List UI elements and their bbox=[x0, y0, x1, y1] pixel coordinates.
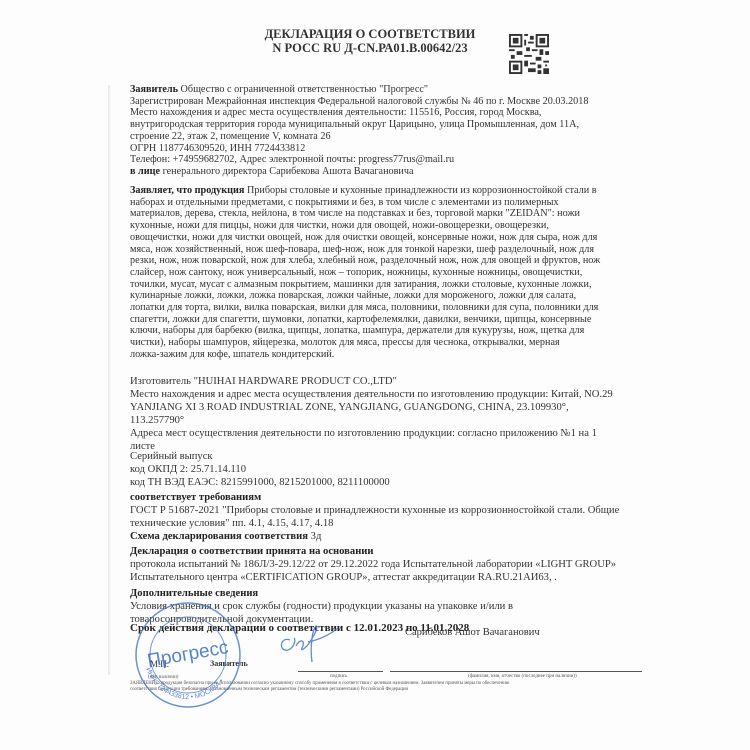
basis-center: Испытательного центра «CERTIFICATION GRO… bbox=[130, 571, 650, 584]
basis-label: Декларация о соответствии принята на осн… bbox=[130, 546, 374, 557]
applicant-registration: Зарегистрирован Межрайонная инспекция Фе… bbox=[130, 96, 650, 108]
applicant-address-1: Место нахождения и адрес места осуществл… bbox=[130, 107, 650, 119]
declares-line: кухонные, ножи для пиццы, ножи для чистк… bbox=[130, 220, 650, 232]
signature-caption: подпись bbox=[330, 674, 347, 679]
declares-line: овощечистки, ножи для чистки овощей, нож… bbox=[130, 232, 650, 244]
declares-line: материалов, дерева, стекла, нейлона, в т… bbox=[130, 208, 650, 220]
okpd-code: код ОКПД 2: 25.71.14.110 bbox=[130, 463, 650, 476]
declares-line: спагетти, ложки для спагетти, шумовки, л… bbox=[130, 314, 650, 326]
manufacturer-sites-1: Адреса мест осуществления деятельности п… bbox=[130, 427, 650, 440]
production-section: Серийный выпуск код ОКПД 2: 25.71.14.110… bbox=[130, 450, 650, 584]
applicant-name: Общество с ограниченной ответственностью… bbox=[181, 84, 429, 95]
declares-label: Заявляет, что продукция bbox=[130, 185, 247, 196]
applicant-contacts: Телефон: +74959682702, Адрес электронной… bbox=[130, 154, 650, 166]
applicant-ogrn-inn: ОГРН 1187746309520, ИНН 7724433812 bbox=[130, 143, 650, 155]
declares-line: слайсер, нож сантоку, нож универсальный,… bbox=[130, 267, 650, 279]
tnved-code: код ТН ВЭД ЕАЭС: 8215991000, 8215201000,… bbox=[130, 476, 650, 489]
declares-line: лопатки для торта, вилки, вилка поварска… bbox=[130, 302, 650, 314]
declaration-document: ДЕКЛАРАЦИЯ О СООТВЕТСТВИИ N РОСС RU Д-CN… bbox=[0, 0, 750, 750]
declares-line: наборах и отдельными предметами, с покры… bbox=[130, 197, 650, 209]
representative-label: в лице bbox=[130, 166, 160, 177]
declares-line: кулинарные ложки, ложки, ложка поварская… bbox=[130, 290, 650, 302]
declares-line: чистки), наборы шампуров, яйцерезка, мол… bbox=[130, 337, 650, 349]
scheme-label: Схема декларирования соответствия bbox=[130, 531, 308, 542]
scan-edge-shadow bbox=[108, 85, 111, 675]
requirements-standard-2: технические условия" пп. 4.1, 4.15, 4.17… bbox=[130, 517, 650, 530]
declares-line: резки, нож, нож поварской, нож для хлеба… bbox=[130, 255, 650, 267]
production-type: Серийный выпуск bbox=[130, 450, 650, 463]
company-stamp-icon: ИНН 7724433812 • МОСКВА • Прогресс bbox=[118, 600, 258, 710]
applicant-section: Заявитель Общество с ограниченной ответс… bbox=[130, 84, 650, 178]
svg-text:Прогресс: Прогресс bbox=[146, 637, 230, 672]
additional-label: Дополнительные сведения bbox=[130, 588, 258, 599]
name-line bbox=[390, 671, 642, 672]
declares-line: мяса, нож хозяйственный, нож шеф-повара,… bbox=[130, 244, 650, 256]
qr-code-icon bbox=[509, 33, 549, 75]
manufacturer-name: Изготовитель "HUIHAI HARDWARE PRODUCT CO… bbox=[130, 375, 650, 388]
applicant-address-2: внутригородская территория города муници… bbox=[130, 119, 650, 131]
signatory-name: Сарибеков Ашот Вачаганович bbox=[405, 627, 540, 638]
applicant-label: Заявитель bbox=[130, 84, 178, 95]
declares-line: точилки, мусат, мусат с алмазным покрыти… bbox=[130, 279, 650, 291]
manufacturer-address-1: Место нахождения и адрес места осуществл… bbox=[130, 388, 650, 401]
basis-protocol: протокола испытаний № 186Л/3-29.12/22 от… bbox=[130, 558, 650, 571]
declares-section: Заявляет, что продукция Приборы столовые… bbox=[130, 185, 650, 361]
scheme-value: 3д bbox=[311, 531, 322, 542]
requirements-standard-1: ГОСТ Р 51687-2021 "Приборы столовые и пр… bbox=[130, 504, 650, 517]
manufacturer-address-3: 113.257790° bbox=[130, 414, 650, 427]
requirements-label: соответствует требованиям bbox=[130, 492, 261, 503]
handwritten-signature bbox=[272, 618, 352, 668]
name-caption: (фамилия, имя, отчество (последнее при н… bbox=[468, 674, 577, 679]
declares-line: Заявляет, что продукция Приборы столовые… bbox=[130, 185, 650, 197]
manufacturer-address-2: YANJIANG XI 3 ROAD INDUSTRIAL ZONE, YANG… bbox=[130, 401, 650, 414]
signature-line bbox=[298, 671, 383, 672]
declares-line: ложка-зажим для кофе, шпатель кондитерск… bbox=[130, 349, 650, 361]
representative-name: генерального директора Сарибекова Ашота … bbox=[163, 166, 414, 177]
applicant-address-3: строение 22, этаж 2, помещение V, комнат… bbox=[130, 131, 650, 143]
declares-line: ключи, наборы для барбекю (вилка, щипцы,… bbox=[130, 325, 650, 337]
manufacturer-section: Изготовитель "HUIHAI HARDWARE PRODUCT CO… bbox=[130, 375, 650, 453]
